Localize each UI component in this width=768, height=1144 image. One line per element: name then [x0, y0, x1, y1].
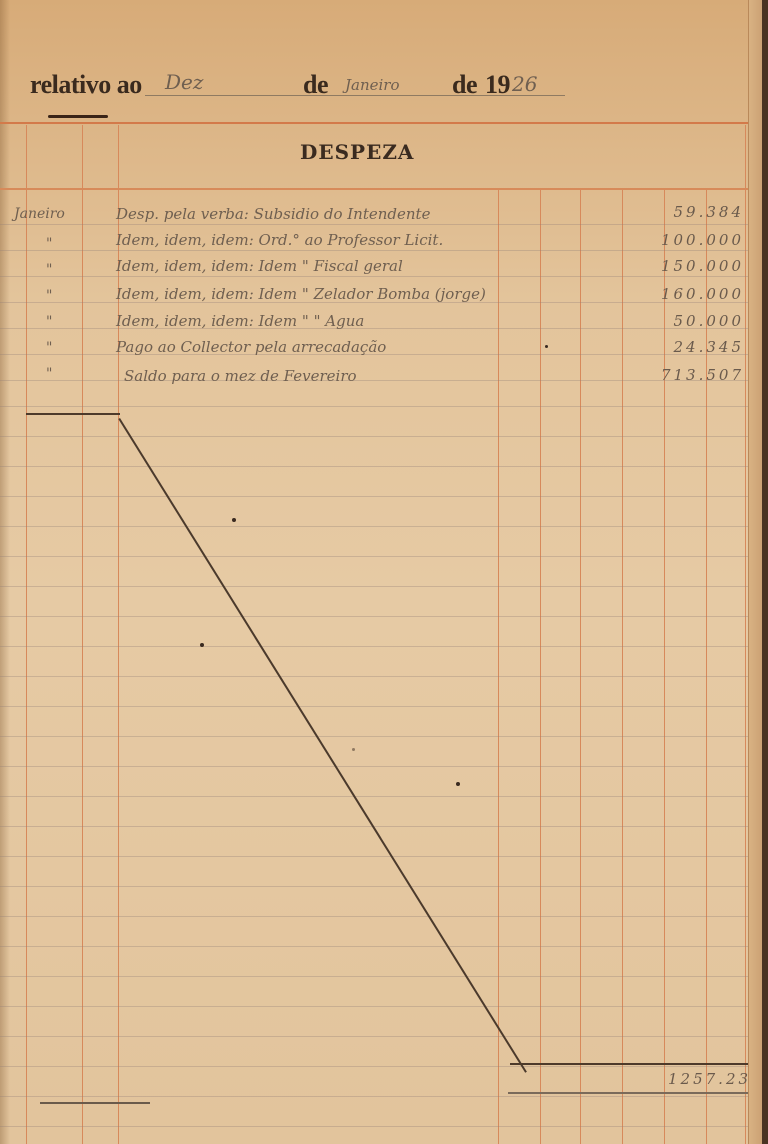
cancel-diagonal	[119, 418, 527, 1073]
left-bottom-line	[40, 1102, 150, 1104]
row-rule	[0, 706, 748, 707]
column-rule	[82, 125, 83, 1144]
row-rule	[0, 916, 748, 917]
row-rule	[0, 436, 748, 437]
row-rule	[0, 224, 748, 225]
total-overline	[510, 1063, 760, 1065]
column-rule	[498, 190, 499, 1144]
row-rule	[0, 276, 748, 277]
row-rule	[0, 856, 748, 857]
entry-description: Idem, idem, idem: Idem " Fiscal geral	[116, 257, 403, 275]
ink-speck	[545, 345, 548, 348]
binding-shadow	[0, 0, 10, 1144]
ditto-mark: "	[46, 366, 52, 382]
row-rule	[0, 736, 748, 737]
ink-speck	[456, 782, 460, 786]
page-title: DESPEZA	[300, 140, 414, 164]
book-spine	[762, 0, 768, 1144]
entry-amount: 100.000	[654, 231, 744, 249]
row-rule	[0, 466, 748, 467]
page-edge	[748, 0, 763, 1144]
entry-description: Idem, idem, idem: Idem " Zelador Bomba (…	[116, 285, 486, 303]
ledger-page: relativo ao Dez de Janeiro de 19 26 DESP…	[0, 0, 748, 1144]
column-rule	[745, 125, 746, 1144]
header-prefix: relativo ao	[30, 70, 142, 100]
column-rule	[118, 125, 119, 1144]
table-top-rule	[0, 188, 748, 190]
column-rule	[26, 125, 27, 1144]
row-rule	[0, 1096, 748, 1097]
ink-dash	[48, 115, 108, 118]
column-rule	[664, 190, 665, 1144]
closing-line	[26, 413, 120, 415]
entry-amount: 160.000	[654, 285, 744, 303]
row-rule	[0, 1036, 748, 1037]
row-rule	[0, 1006, 748, 1007]
ink-speck	[200, 643, 204, 647]
total-underline	[508, 1092, 766, 1094]
ditto-mark: "	[46, 340, 52, 356]
row-rule	[0, 586, 748, 587]
row-rule	[0, 328, 748, 329]
ink-speck	[232, 518, 236, 522]
row-rule	[0, 1066, 748, 1067]
row-rule	[0, 676, 748, 677]
column-rule	[622, 190, 623, 1144]
entry-description: Idem, idem, idem: Ord.° ao Professor Lic…	[116, 231, 443, 249]
row-rule	[0, 496, 748, 497]
entry-description: Desp. pela verba: Subsidio do Intendente	[116, 205, 430, 223]
column-rule	[706, 190, 707, 1144]
ditto-mark: "	[46, 314, 52, 330]
ditto-mark: "	[46, 288, 52, 304]
entry-description: Pago ao Collector pela arrecadação	[116, 338, 386, 356]
entry-amount: 24.345	[654, 338, 744, 356]
entry-amount: 59.384	[654, 203, 744, 221]
row-rule	[0, 766, 748, 767]
entry-amount: 50.000	[654, 312, 744, 330]
row-rule	[0, 526, 748, 527]
row-rule	[0, 406, 748, 407]
header-day: Dez	[165, 70, 203, 94]
row-rule	[0, 616, 748, 617]
row-rule	[0, 380, 748, 381]
row-rule	[0, 946, 748, 947]
row-rule	[0, 250, 748, 251]
month-label: Janeiro	[14, 206, 65, 222]
ditto-mark: "	[46, 262, 52, 278]
column-rule	[580, 190, 581, 1144]
entry-description: Idem, idem, idem: Idem " " Agua	[116, 312, 364, 330]
header-year-handwritten: 26	[512, 72, 537, 96]
row-rule	[0, 976, 748, 977]
entry-amount: 713.507	[654, 366, 744, 384]
ditto-mark: "	[46, 236, 52, 252]
row-rule	[0, 796, 748, 797]
row-rule	[0, 646, 748, 647]
entry-description: Saldo para o mez de Fevereiro	[124, 367, 357, 385]
header-month: Janeiro	[345, 76, 400, 94]
header-rule	[0, 122, 748, 124]
row-rule	[0, 1126, 748, 1127]
ink-speck	[352, 748, 355, 751]
row-rule	[0, 556, 748, 557]
total-amount: 1257.236	[668, 1070, 760, 1088]
entry-amount: 150.000	[654, 257, 744, 275]
header-underline	[145, 95, 565, 96]
column-rule	[540, 190, 541, 1144]
row-rule	[0, 886, 748, 887]
